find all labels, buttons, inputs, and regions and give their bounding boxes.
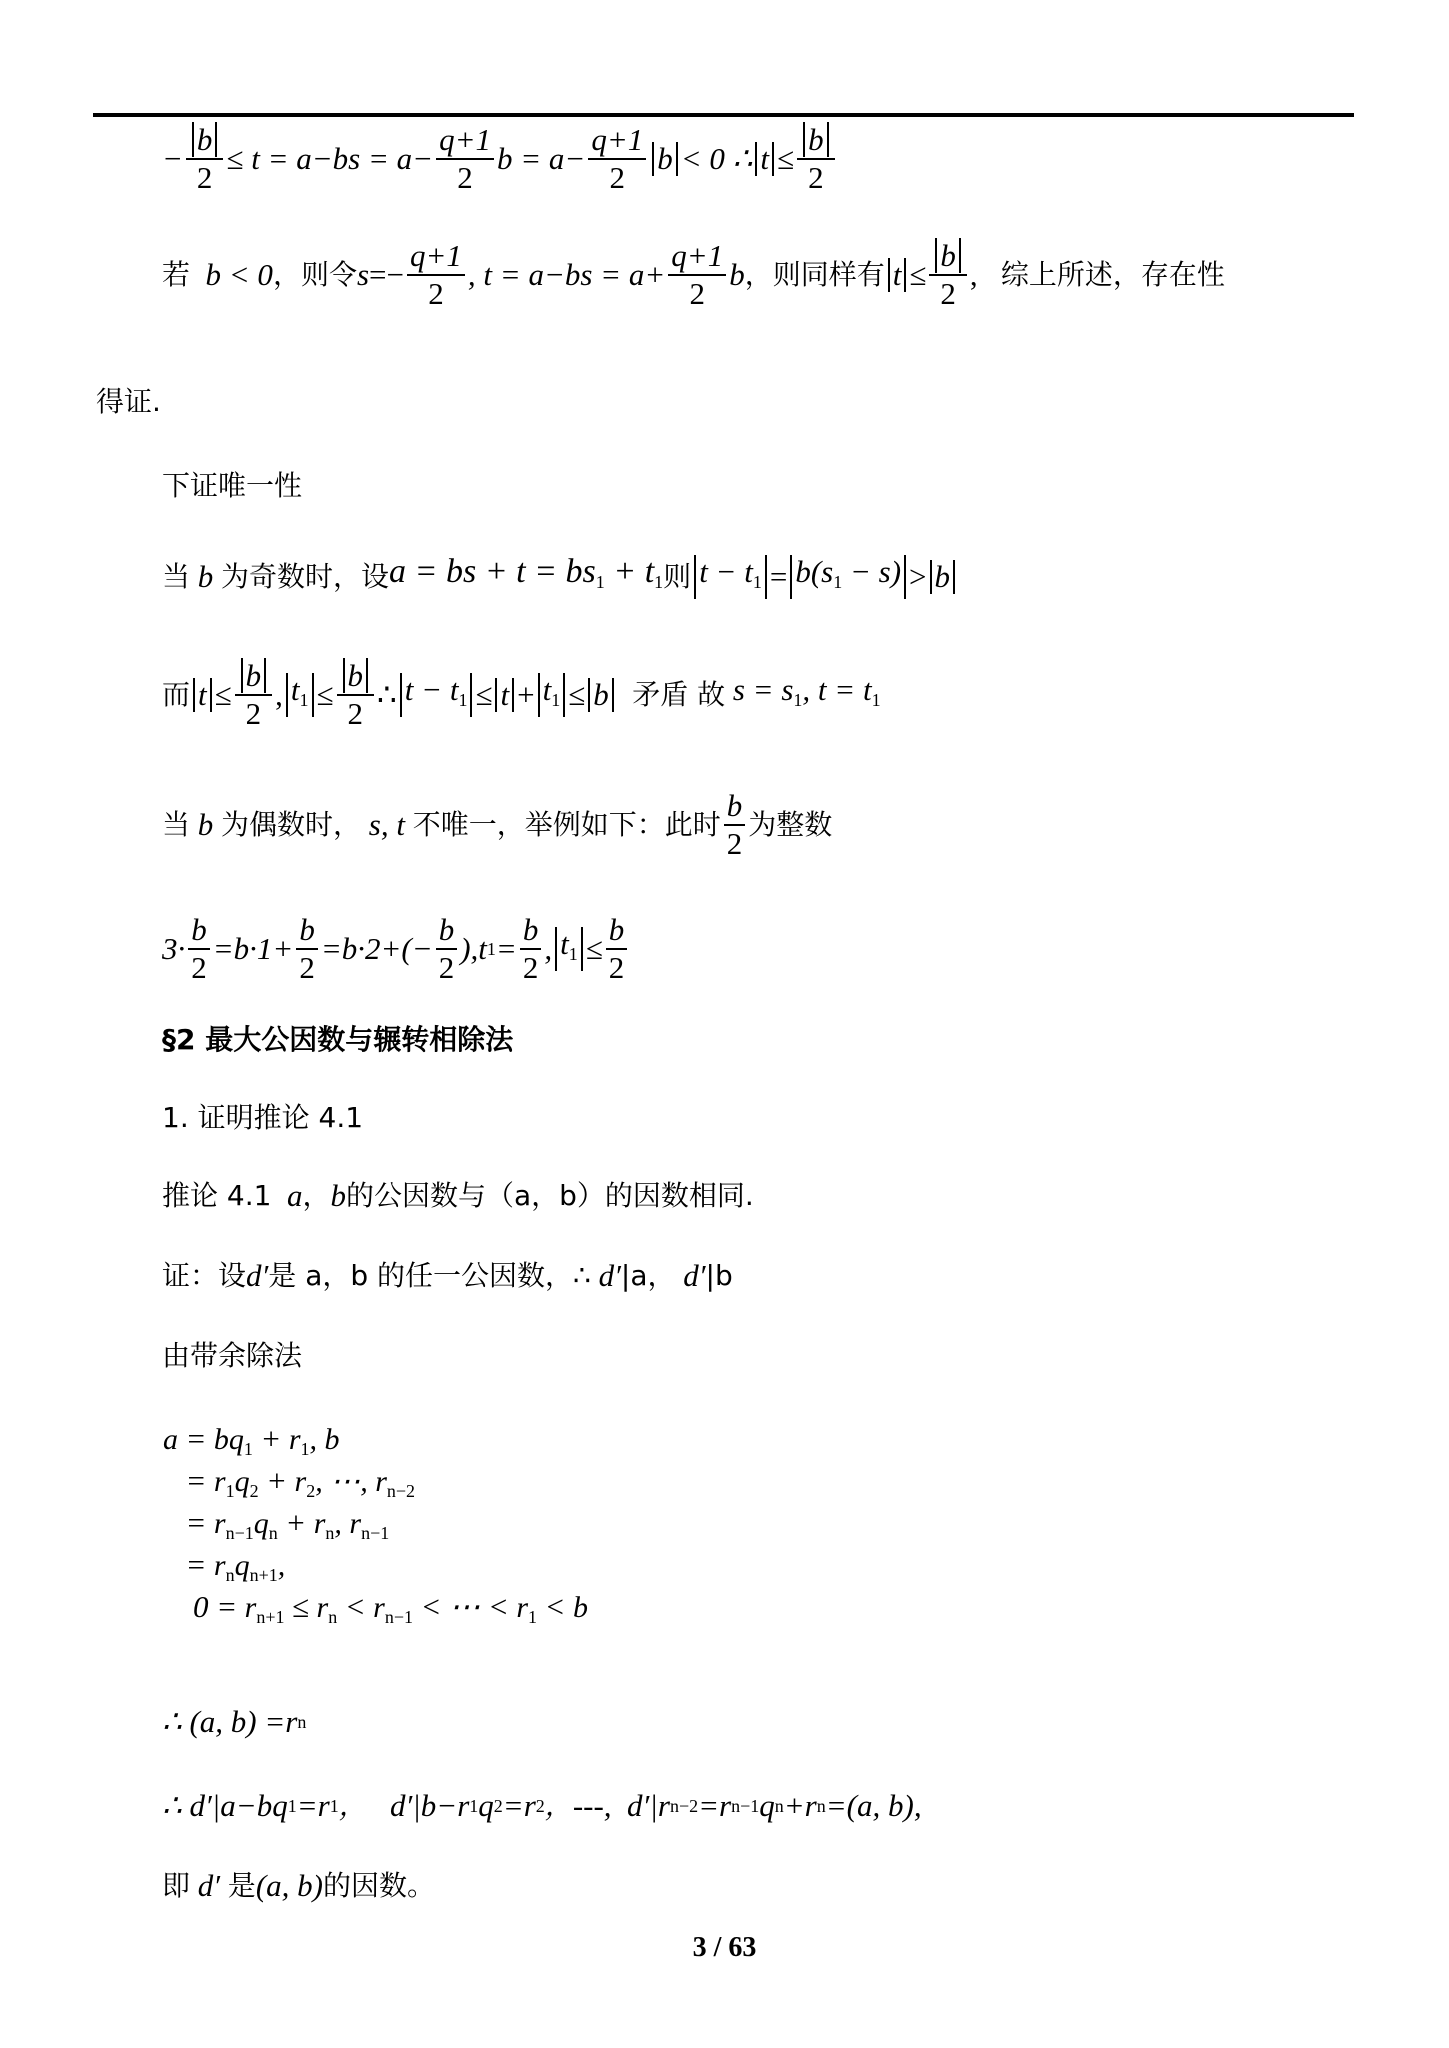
header-rule — [93, 113, 1354, 117]
division-text: 由带余除法 — [162, 1336, 302, 1376]
gcd-equals-rn: ∴ (a, b) = rn — [162, 1702, 306, 1742]
conclusion-line: 即 d′ 是 (a, b) 的因数。 — [162, 1866, 435, 1906]
text-uniqueness: 下证唯一性 — [162, 466, 302, 506]
even-example-equation: 3·b2=b·1+ b2=b·2+(− b2),t1= b2,t1≤ b2 — [162, 912, 630, 986]
euclid-algorithm-block: a = bq1 + r1, b = r1q2 + r2, ⋯, rn−2 = r… — [163, 1418, 588, 1628]
euclid-line-2: = r1q2 + r2, ⋯, rn−2 — [163, 1460, 588, 1502]
proof-line: 证：设 d′ 是 a，b 的任一公因数，∴ d′|a， d′|b — [162, 1256, 733, 1296]
page-number: 3 / 63 — [0, 1932, 1449, 1964]
text-deduced: 得证. — [96, 382, 161, 422]
odd-case-line: 当 b 为奇数时，设 a = bs + t = bs1 + t1 则 t − t… — [162, 552, 958, 602]
divisibility-chain: ∴ d′ | a−bq1=r1， d′ | b−r1q2=r2，---, d′ … — [162, 1786, 922, 1826]
euclid-line-4: = rnqn+1, — [163, 1544, 588, 1586]
corollary-statement: 推论 4.1 a，b 的公因数与（a，b）的因数相同. — [162, 1176, 754, 1216]
euclid-line-3: = rn−1qn + rn, rn−1 — [163, 1502, 588, 1544]
item-1: 1. 证明推论 4.1 — [162, 1098, 363, 1138]
even-case-line: 当 b 为偶数时， s, t 不唯一，举例如下：此时 b2 为整数 — [162, 788, 832, 862]
paragraph-line-2: 若 b < 0 ，则令 s=− q+12 , t = a−bs = a+ q+1… — [162, 238, 1225, 312]
euclid-line-5: 0 = rn+1 ≤ rn < rn−1 < ⋯ < r1 < b — [163, 1586, 588, 1628]
euclid-line-1: a = bq1 + r1, b — [163, 1418, 588, 1460]
section-heading: §2 最大公因数与辗转相除法 — [162, 1020, 513, 1060]
contradiction-line: 而 t≤ b2, t1≤ b2 ∴t − t1≤t+t1≤b 矛盾 故 s = … — [162, 658, 881, 732]
equation-line-1: − b2 ≤ t = a−bs = a− q+12b = a− q+12b< 0… — [162, 122, 838, 196]
